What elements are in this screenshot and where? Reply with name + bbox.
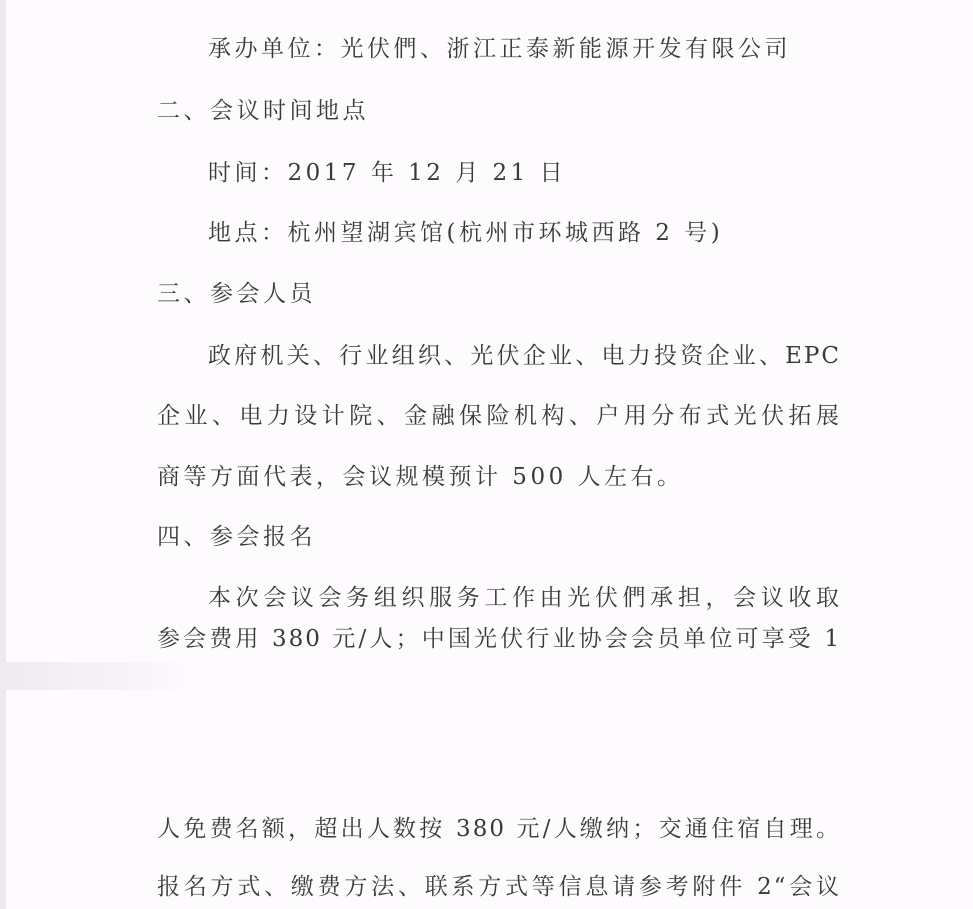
section-2-heading: 二、会议时间地点 [157,96,369,126]
meeting-time: 时间：2017 年 12 月 21 日 [208,158,566,188]
section-3-heading: 三、参会人员 [157,279,316,309]
attendees-line-1: 政府机关、行业组织、光伏企业、电力投资企业、EPC [208,341,841,371]
registration-line-3: 人免费名额，超出人数按 380 元/人缴纳；交通住宿自理。 [157,814,841,844]
registration-line-2: 参会费用 380 元/人；中国光伏行业协会会员单位可享受 1 [157,624,841,654]
organizer-line: 承办单位：光伏們、浙江正泰新能源开发有限公司 [208,34,791,64]
attendees-line-2: 企业、电力设计院、金融保险机构、户用分布式光伏拓展 [157,401,841,431]
registration-line-4: 报名方式、缴费方法、联系方式等信息请参考附件 2“会议 [157,872,841,902]
meeting-location: 地点：杭州望湖宾馆(杭州市环城西路 2 号) [208,218,723,248]
cutoff-top-line: ▁▁▁▁▁▁▁▁▁▁▁▁▁▁▁▁▁▁▁▁▁▁ [210,0,714,2]
scan-artifact-band [0,662,200,690]
page-left-edge [0,0,6,909]
attendees-line-3: 商等方面代表，会议规模预计 500 人左右。 [157,462,684,492]
registration-line-1: 本次会议会务组织服务工作由光伏們承担，会议收取 [208,583,841,613]
section-4-heading: 四、参会报名 [157,522,316,552]
